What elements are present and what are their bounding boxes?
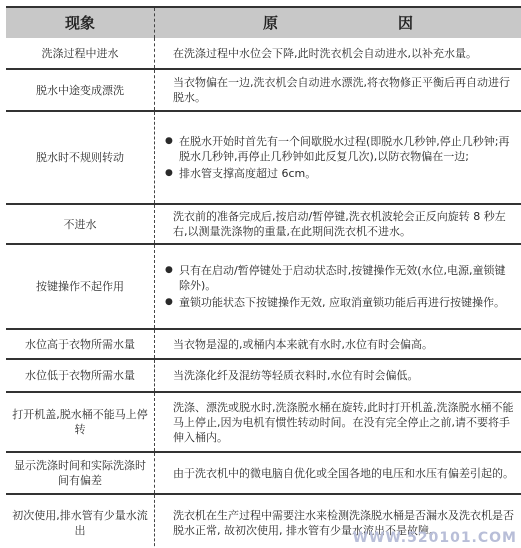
table-header: 现象 原 因 <box>6 8 521 38</box>
cause-cell: 当衣物偏在一边,洗衣机会自动进水漂洗,将衣物修正平衡后再自动进行脱水。 <box>155 70 521 110</box>
header-cause-char-2: 因 <box>398 16 413 31</box>
cause-text: 洗涤、漂洗或脱水时,洗涤脱水桶在旋转,此时打开机盖,洗涤脱水桶不能马上停止,因为… <box>173 400 515 445</box>
symptom-cell: 水位高于衣物所需水量 <box>6 330 155 358</box>
header-cause: 原 因 <box>155 8 521 38</box>
table-row: 水位高于衣物所需水量 当衣物是湿的,或桶内本来就有水时,水位有时会偏高。 <box>6 330 521 360</box>
table-row: 打开机盖,脱水桶不能马上停转 洗涤、漂洗或脱水时,洗涤脱水桶在旋转,此时打开机盖… <box>6 393 521 453</box>
cause-cell: 在洗涤过程中水位会下降,此时洗衣机会自动进水,以补充水量。 <box>155 38 521 68</box>
table-row: 洗涤过程中进水 在洗涤过程中水位会下降,此时洗衣机会自动进水,以补充水量。 <box>6 38 521 70</box>
bullet-item: 童锁功能状态下按键操作无效, 应取消童锁功能后再进行按键操作。 <box>165 295 515 310</box>
cause-text: 当洗涤化纤及混纺等轻质衣料时,水位有时会偏低。 <box>173 368 515 383</box>
cause-cell: 由于洗衣机中的微电脑自优化或全国各地的电压和水压有偏差引起的。 <box>155 453 521 493</box>
symptom-cell: 显示洗涤时间和实际洗涤时间有偏差 <box>6 453 155 493</box>
bullet-item: 排水管支撑高度超过 6cm。 <box>165 166 515 181</box>
troubleshooting-table: 现象 原 因 洗涤过程中进水 在洗涤过程中水位会下降,此时洗衣机会自动进水,以补… <box>6 6 521 548</box>
symptom-cell: 脱水时不规则转动 <box>6 112 155 203</box>
bullet-item: 在脱水开始时首先有一个间歇脱水过程(即脱水几秒钟,停止几秒钟;再脱水几秒钟,再停… <box>165 134 515 164</box>
header-symptom: 现象 <box>6 8 155 38</box>
cause-text: 由于洗衣机中的微电脑自优化或全国各地的电压和水压有偏差引起的。 <box>173 466 515 481</box>
cause-text: 当衣物偏在一边,洗衣机会自动进水漂洗,将衣物修正平衡后再自动进行脱水。 <box>173 75 515 105</box>
cause-cell: 当衣物是湿的,或桶内本来就有水时,水位有时会偏高。 <box>155 330 521 358</box>
cause-cell: 只有在启动/暂停键处于启动状态时,按键操作无效(水位,电源,童锁键除外)。 童锁… <box>155 245 521 328</box>
watermark: WWW.520101.COM <box>353 530 517 546</box>
table-row: 不进水 洗衣前的准备完成后,按启动/暂停键,洗衣机波轮会正反向旋转 8 秒左右,… <box>6 205 521 245</box>
cause-text: 当衣物是湿的,或桶内本来就有水时,水位有时会偏高。 <box>173 337 515 352</box>
cause-text: 在洗涤过程中水位会下降,此时洗衣机会自动进水,以补充水量。 <box>173 46 515 61</box>
symptom-cell: 脱水中途变成漂洗 <box>6 70 155 110</box>
table-row: 显示洗涤时间和实际洗涤时间有偏差 由于洗衣机中的微电脑自优化或全国各地的电压和水… <box>6 453 521 495</box>
cause-text: 洗衣前的准备完成后,按启动/暂停键,洗衣机波轮会正反向旋转 8 秒左右,以测量洗… <box>173 209 515 239</box>
cause-cell: 洗涤、漂洗或脱水时,洗涤脱水桶在旋转,此时打开机盖,洗涤脱水桶不能马上停止,因为… <box>155 393 521 451</box>
table-row: 按键操作不起作用 只有在启动/暂停键处于启动状态时,按键操作无效(水位,电源,童… <box>6 245 521 330</box>
cause-cell: 在脱水开始时首先有一个间歇脱水过程(即脱水几秒钟,停止几秒钟;再脱水几秒钟,再停… <box>155 112 521 203</box>
symptom-cell: 按键操作不起作用 <box>6 245 155 328</box>
table-row: 脱水中途变成漂洗 当衣物偏在一边,洗衣机会自动进水漂洗,将衣物修正平衡后再自动进… <box>6 70 521 112</box>
table-row: 脱水时不规则转动 在脱水开始时首先有一个间歇脱水过程(即脱水几秒钟,停止几秒钟;… <box>6 112 521 205</box>
symptom-cell: 初次使用,排水管有少量水流出 <box>6 495 155 548</box>
symptom-cell: 洗涤过程中进水 <box>6 38 155 68</box>
cause-cell: 当洗涤化纤及混纺等轻质衣料时,水位有时会偏低。 <box>155 360 521 391</box>
bullet-item: 只有在启动/暂停键处于启动状态时,按键操作无效(水位,电源,童锁键除外)。 <box>165 263 515 293</box>
header-cause-char-1: 原 <box>263 16 278 31</box>
table-row: 水位低于衣物所需水量 当洗涤化纤及混纺等轻质衣料时,水位有时会偏低。 <box>6 360 521 393</box>
cause-cell: 洗衣前的准备完成后,按启动/暂停键,洗衣机波轮会正反向旋转 8 秒左右,以测量洗… <box>155 205 521 243</box>
symptom-cell: 不进水 <box>6 205 155 243</box>
symptom-cell: 水位低于衣物所需水量 <box>6 360 155 391</box>
symptom-cell: 打开机盖,脱水桶不能马上停转 <box>6 393 155 451</box>
